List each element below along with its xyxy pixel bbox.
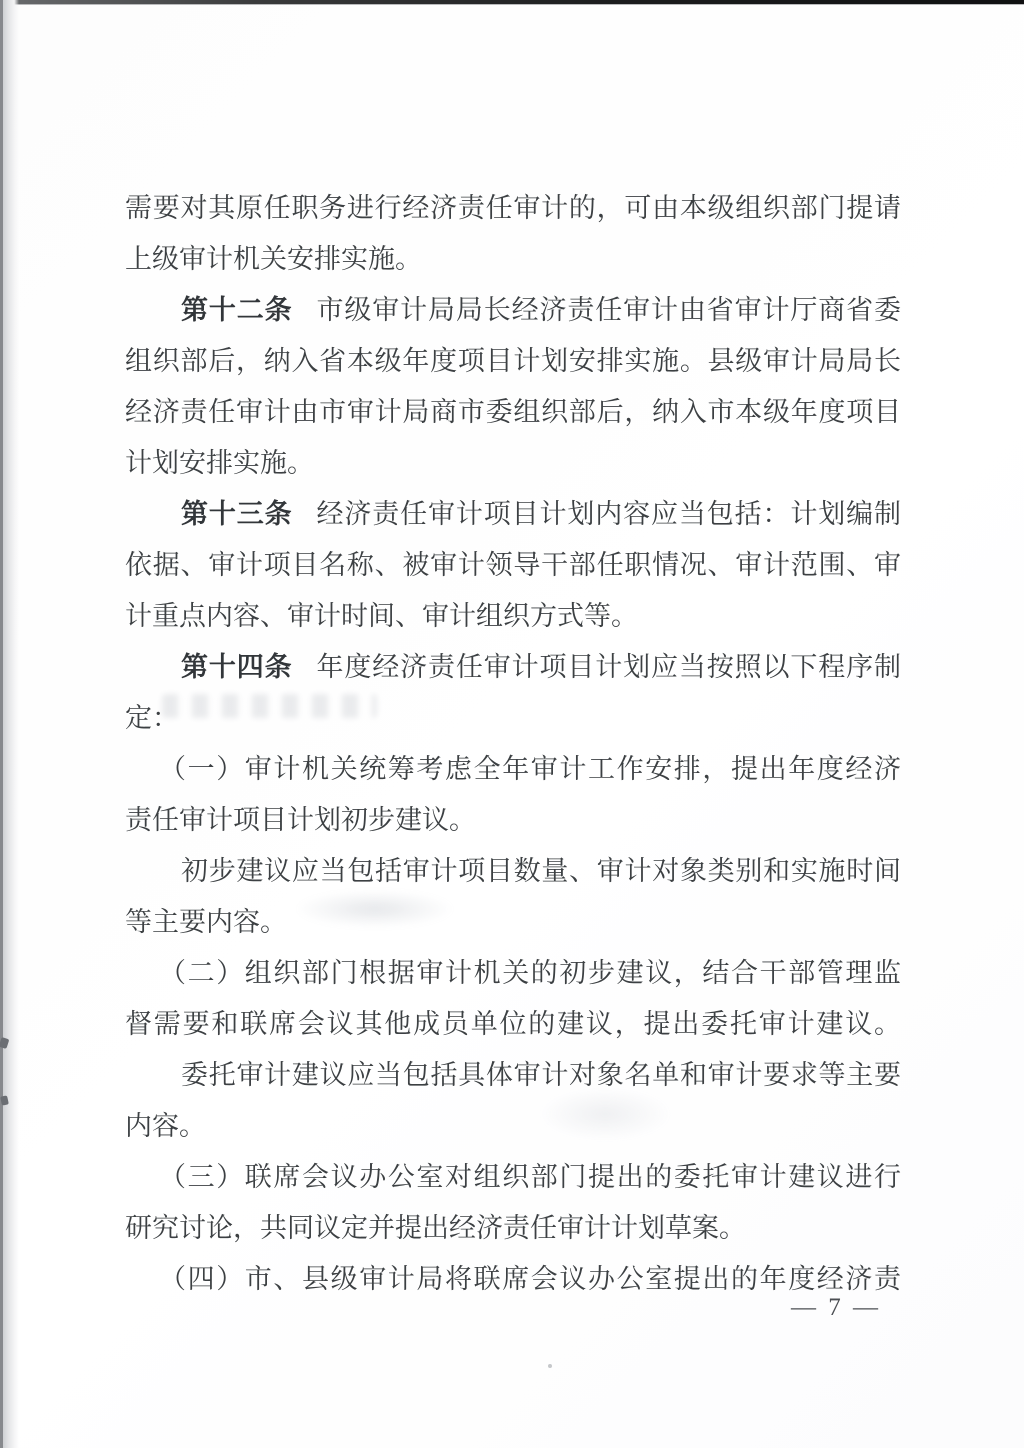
article-text: 经济责任审计项目计划内容应当包括：计划编制: [317, 499, 902, 529]
text-line: （三）联席会议办公室对组织部门提出的委托审计建议进行: [125, 1152, 901, 1203]
text-line: 第十三条经济责任审计项目计划内容应当包括：计划编制: [125, 489, 901, 540]
article-text: 市级审计局局长经济责任审计由省审计厅商省委: [317, 295, 902, 325]
text-line: 第十二条市级审计局局长经济责任审计由省审计厅商省委: [125, 285, 901, 336]
document-body: 需要对其原任职务进行经济责任审计的，可由本级组织部门提请 上级审计机关安排实施。…: [125, 183, 901, 1305]
text-line: 委托审计建议应当包括具体审计对象名单和审计要求等主要: [125, 1050, 901, 1101]
scanned-document-page: 需要对其原任职务进行经济责任审计的，可由本级组织部门提请 上级审计机关安排实施。…: [0, 0, 1024, 1448]
text-line: 第十四条年度经济责任审计项目计划应当按照以下程序制: [125, 642, 901, 693]
article-number: 第十四条: [181, 652, 293, 682]
page-number: — 7 —: [778, 1290, 894, 1326]
article-number: 第十三条: [181, 499, 293, 529]
article-number: 第十二条: [181, 295, 293, 325]
scan-speck: [548, 1364, 552, 1368]
text-line: 督需要和联席会议其他成员单位的建议，提出委托审计建议。: [125, 999, 901, 1050]
text-line: 研究讨论，共同议定并提出经济责任审计计划草案。: [125, 1203, 901, 1254]
text-line: 需要对其原任职务进行经济责任审计的，可由本级组织部门提请: [125, 183, 901, 234]
text-line: 内容。: [125, 1101, 901, 1152]
text-line: 经济责任审计由市审计局商市委组织部后，纳入市本级年度项目: [125, 387, 901, 438]
text-line: 计划安排实施。: [125, 438, 901, 489]
text-line: 责任审计项目计划初步建议。: [125, 795, 901, 846]
text-line: 等主要内容。: [125, 897, 901, 948]
text-line: 组织部后，纳入省本级年度项目计划安排实施。县级审计局局长: [125, 336, 901, 387]
text-line: 计重点内容、审计时间、审计组织方式等。: [125, 591, 901, 642]
scan-edge-left: [0, 0, 19, 1448]
text-line: 定：: [125, 693, 901, 744]
article-text: 年度经济责任审计项目计划应当按照以下程序制: [317, 652, 902, 682]
text-line: （一）审计机关统筹考虑全年审计工作安排，提出年度经济: [125, 744, 901, 795]
scan-edge-top: [0, 0, 1024, 5]
text-line: 初步建议应当包括审计项目数量、审计对象类别和实施时间: [125, 846, 901, 897]
text-line: 上级审计机关安排实施。: [125, 234, 901, 285]
text-line: （二）组织部门根据审计机关的初步建议，结合干部管理监: [125, 948, 901, 999]
text-line: 依据、审计项目名称、被审计领导干部任职情况、审计范围、审: [125, 540, 901, 591]
